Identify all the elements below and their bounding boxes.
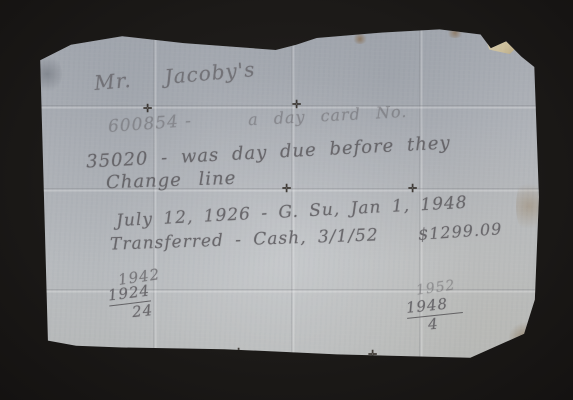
handwriting-policy-number-2: 35020 - was day due before they (86, 132, 451, 172)
fold-mark: ✛ (143, 104, 150, 113)
torn-corner (486, 32, 520, 54)
stain (352, 34, 368, 44)
calc-left-result: 24 (131, 301, 154, 321)
fold-mark: ✛ (368, 350, 375, 359)
paper-note: ✛ ✛ ✛ ✛ ✛ ✛ Mr. Jacoby's 600854 - a day … (30, 26, 542, 368)
handwriting-name-line: Mr. Jacoby's (93, 57, 256, 95)
handwriting-policy-number-1: 600854 - (107, 111, 192, 137)
handwriting-transfer-line: Transferred - Cash, 3/1/52 (110, 225, 379, 254)
calc-right-result: 4 (427, 315, 439, 334)
fold-mark: ✛ (234, 348, 241, 357)
handwriting-amount: $1299.09 (417, 219, 502, 244)
photo-background: ✛ ✛ ✛ ✛ ✛ ✛ Mr. Jacoby's 600854 - a day … (0, 0, 573, 400)
stain (32, 54, 62, 94)
stain (446, 28, 464, 38)
fold-mark: ✛ (282, 184, 289, 193)
stain (508, 322, 542, 356)
fold-mark: ✛ (408, 184, 415, 193)
vertical-crease (291, 26, 295, 368)
stain (516, 176, 542, 236)
